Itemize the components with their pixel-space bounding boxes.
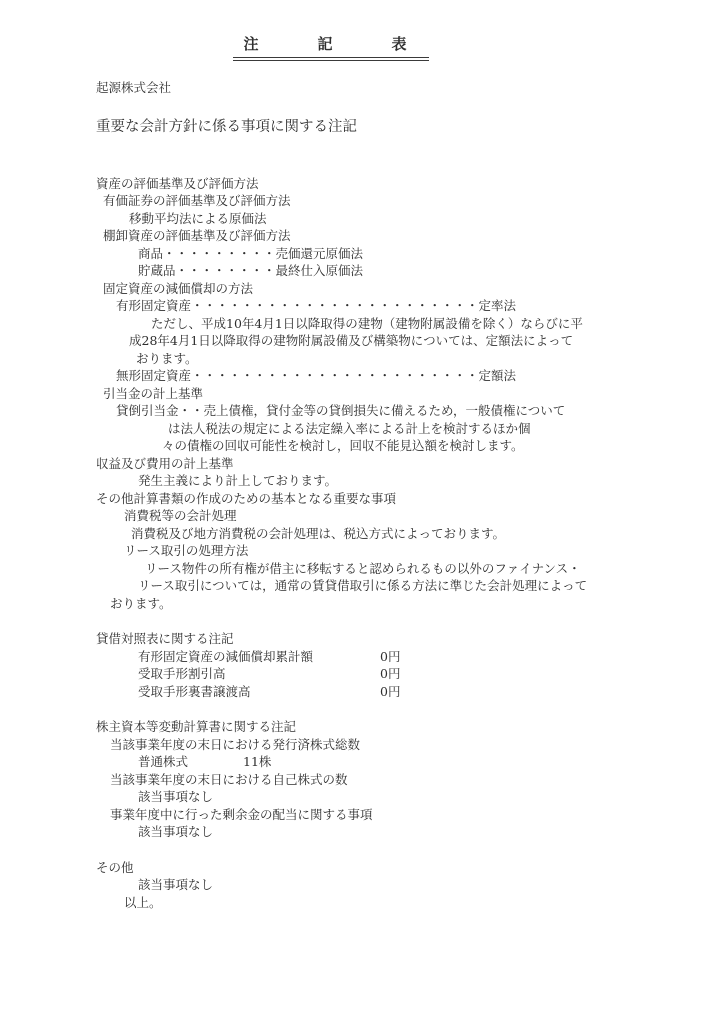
document-title: 注 記 表 xyxy=(233,33,428,61)
note-line-value: 11株 xyxy=(243,753,271,771)
heading-accounting-policies: 重要な会計方針に係る事項に関する注記 xyxy=(96,117,718,137)
note-line: 引当金の計上基準 xyxy=(96,385,718,403)
note-line: 固定資産の減価償却の方法 xyxy=(96,280,718,298)
note-line-text: 受取手形裏書譲渡高 xyxy=(138,684,251,699)
note-line: 普通株式11株 xyxy=(96,753,718,771)
note-line-text: 収益及び費用の計上基準 xyxy=(96,456,234,471)
note-line: 商品・・・・・・・・・売価還元原価法 xyxy=(96,245,718,263)
note-line-text: リース取引の処理方法 xyxy=(124,543,248,558)
note-line-text: おります。 xyxy=(110,596,172,611)
note-line-text: 引当金の計上基準 xyxy=(103,386,203,401)
note-line: 貯蔵品・・・・・・・・最終仕入原価法 xyxy=(96,262,718,280)
document-title-block: 注 記 表 xyxy=(0,0,690,61)
note-line: リース取引については，通常の賃貸借取引に係る方法に準じた会計処理によって xyxy=(96,577,718,595)
note-line-text: 以上。 xyxy=(124,895,162,910)
note-line: 有形固定資産の減価償却累計額0円 xyxy=(96,648,718,666)
note-line: 棚卸資産の評価基準及び評価方法 xyxy=(96,227,718,245)
section-shareholders-equity-notes: 株主資本等変動計算書に関する注記当該事業年度の末日における発行済株式総数普通株式… xyxy=(96,718,718,841)
note-line: 資産の評価基準及び評価方法 xyxy=(96,175,718,193)
note-line-text: 該当事項なし xyxy=(138,824,213,839)
note-line-text: 該当事項なし xyxy=(138,789,213,804)
document-page: 注 記 表 起源株式会社 重要な会計方針に係る事項に関する注記資産の評価基準及び… xyxy=(0,0,718,1024)
note-line-text: 発生主義により計上しております。 xyxy=(138,473,337,488)
note-line-text: 々の債権の回収可能性を検討し，回収不能見込額を検討します。 xyxy=(162,438,524,453)
note-line: おります。 xyxy=(96,595,718,613)
note-line-text: 当該事業年度の末日における自己株式の数 xyxy=(110,772,348,787)
note-line: 当該事業年度の末日における自己株式の数 xyxy=(96,771,718,789)
section-other-notes: その他該当事項なし以上。 xyxy=(96,859,718,912)
note-line: 消費税等の会計処理 xyxy=(96,507,718,525)
note-line-text: 貯蔵品・・・・・・・・最終仕入原価法 xyxy=(138,263,363,278)
note-line: 該当事項なし xyxy=(96,823,718,841)
heading-other-notes: その他 xyxy=(96,859,718,877)
note-line: 事業年度中に行った剰余金の配当に関する事項 xyxy=(96,806,718,824)
note-line: 有形固定資産・・・・・・・・・・・・・・・・・・・・・・・定率法 xyxy=(96,297,718,315)
note-line-text: 棚卸資産の評価基準及び評価方法 xyxy=(103,228,291,243)
note-line-text: 有価証券の評価基準及び評価方法 xyxy=(103,193,291,208)
note-line: 無形固定資産・・・・・・・・・・・・・・・・・・・・・・・定額法 xyxy=(96,367,718,385)
note-line-value: 0円 xyxy=(380,648,400,666)
note-line-text: 移動平均法による原価法 xyxy=(129,211,267,226)
note-line: 受取手形割引高0円 xyxy=(96,665,718,683)
note-line: リース取引の処理方法 xyxy=(96,542,718,560)
note-line: ただし、平成10年4月1日以降取得の建物（建物附属設備を除く）ならびに平 xyxy=(96,315,718,333)
note-line: 消費税及び地方消費税の会計処理は、税込方式によっております。 xyxy=(96,525,718,543)
note-line-text: 普通株式 xyxy=(138,754,188,769)
document-body: 重要な会計方針に係る事項に関する注記資産の評価基準及び評価方法有価証券の評価基準… xyxy=(0,117,718,912)
note-line-value: 0円 xyxy=(380,665,400,683)
note-line: 以上。 xyxy=(96,894,718,912)
note-line: 発生主義により計上しております。 xyxy=(96,472,718,490)
heading-balance-sheet-notes: 貸借対照表に関する注記 xyxy=(96,630,718,648)
note-line: は法人税法の規定による法定繰入率による計上を検討するほか個 xyxy=(96,420,718,438)
note-line: 該当事項なし xyxy=(96,788,718,806)
note-line-text: リース物件の所有権が借主に移転すると認められるもの以外のファイナンス・ xyxy=(145,561,581,576)
note-line-value: 0円 xyxy=(380,683,400,701)
note-line-text: リース取引については，通常の賃貸借取引に係る方法に準じた会計処理によって xyxy=(138,578,587,593)
note-line-text: 固定資産の減価償却の方法 xyxy=(103,281,253,296)
note-line-text: 資産の評価基準及び評価方法 xyxy=(96,176,259,191)
heading-shareholders-equity-notes: 株主資本等変動計算書に関する注記 xyxy=(96,718,718,736)
note-line-text: 有形固定資産・・・・・・・・・・・・・・・・・・・・・・・定率法 xyxy=(116,298,516,313)
note-line: 有価証券の評価基準及び評価方法 xyxy=(96,192,718,210)
note-line-text: 消費税等の会計処理 xyxy=(124,508,237,523)
note-line-text: は法人税法の規定による法定繰入率による計上を検討するほか個 xyxy=(168,421,531,436)
note-line-text: 該当事項なし xyxy=(138,877,213,892)
note-line-text: 商品・・・・・・・・・売価還元原価法 xyxy=(138,246,363,261)
note-line-text: 有形固定資産の減価償却累計額 xyxy=(138,649,313,664)
note-line: 移動平均法による原価法 xyxy=(96,210,718,228)
note-line: 収益及び費用の計上基準 xyxy=(96,455,718,473)
section-accounting-policies: 重要な会計方針に係る事項に関する注記資産の評価基準及び評価方法有価証券の評価基準… xyxy=(96,117,718,613)
note-line: 該当事項なし xyxy=(96,876,718,894)
note-line-text: 消費税及び地方消費税の会計処理は、税込方式によっております。 xyxy=(131,526,505,541)
note-line-text: 受取手形割引高 xyxy=(138,666,226,681)
note-line: その他計算書類の作成のための基本となる重要な事項 xyxy=(96,490,718,508)
note-line-text: 成28年4月1日以降取得の建物附属設備及び構築物については、定額法によって xyxy=(129,333,573,348)
section-balance-sheet-notes: 貸借対照表に関する注記有形固定資産の減価償却累計額0円受取手形割引高0円受取手形… xyxy=(96,630,718,700)
note-line-text: 当該事業年度の末日における発行済株式総数 xyxy=(110,737,360,752)
note-line-text: その他計算書類の作成のための基本となる重要な事項 xyxy=(96,491,396,506)
note-line-text: ただし、平成10年4月1日以降取得の建物（建物附属設備を除く）ならびに平 xyxy=(151,316,583,331)
note-line: 当該事業年度の末日における発行済株式総数 xyxy=(96,736,718,754)
note-line: 成28年4月1日以降取得の建物附属設備及び構築物については、定額法によって xyxy=(96,332,718,350)
note-line: リース物件の所有権が借主に移転すると認められるもの以外のファイナンス・ xyxy=(96,560,718,578)
note-line: 貸倒引当金・・売上債権，貸付金等の貸倒損失に備えるため，一般債権について xyxy=(96,402,718,420)
note-line-text: 無形固定資産・・・・・・・・・・・・・・・・・・・・・・・定額法 xyxy=(116,368,516,383)
note-line: おります。 xyxy=(96,350,718,368)
note-line-text: 貸倒引当金・・売上債権，貸付金等の貸倒損失に備えるため，一般債権について xyxy=(116,403,565,418)
note-line-text: おります。 xyxy=(136,351,198,366)
note-line: 々の債権の回収可能性を検討し，回収不能見込額を検討します。 xyxy=(96,437,718,455)
note-line-text: 事業年度中に行った剰余金の配当に関する事項 xyxy=(110,807,373,822)
company-name: 起源株式会社 xyxy=(96,79,718,97)
note-line: 受取手形裏書譲渡高0円 xyxy=(96,683,718,701)
